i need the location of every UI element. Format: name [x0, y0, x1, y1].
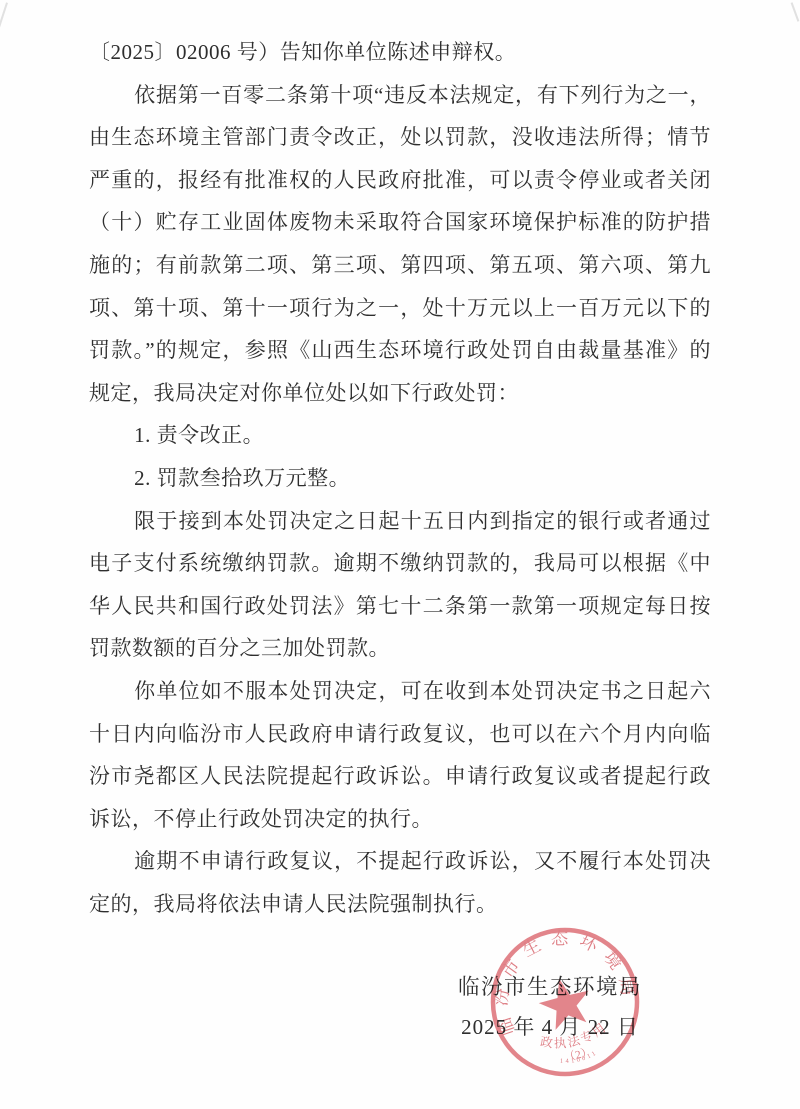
penalty-item-1: 1. 责令改正。	[89, 414, 711, 457]
seal-graphic: 临汾市生态环境局 行政执法专用章 （2） 1410011	[462, 899, 668, 1105]
paragraph-continuation: 〔2025〕02006 号）告知你单位陈述申辩权。	[89, 31, 711, 74]
paragraph-appeal-rights: 你单位如不服本处罚决定，可在收到本处罚决定书之日起六十日内向临汾市人民政府申请行…	[89, 670, 711, 840]
official-seal: 临汾市生态环境局 行政执法专用章 （2） 1410011	[462, 899, 668, 1105]
paragraph-legal-basis: 依据第一百零二条第十项“违反本法规定，有下列行为之一，由生态环境主管部门责令改正…	[89, 74, 711, 415]
scan-artifact-top-right	[791, 2, 800, 21]
scan-artifact-top-left	[0, 2, 8, 27]
document-body: 〔2025〕02006 号）告知你单位陈述申辩权。 依据第一百零二条第十项“违反…	[89, 31, 711, 925]
penalty-item-2: 2. 罚款叁拾玖万元整。	[89, 457, 711, 500]
document-page: 〔2025〕02006 号）告知你单位陈述申辩权。 依据第一百零二条第十项“违反…	[0, 0, 800, 1109]
paragraph-payment-terms: 限于接到本处罚决定之日起十五日内到指定的银行或者通过电子支付系统缴纳罚款。逾期不…	[89, 500, 711, 670]
seal-star	[534, 972, 596, 1032]
